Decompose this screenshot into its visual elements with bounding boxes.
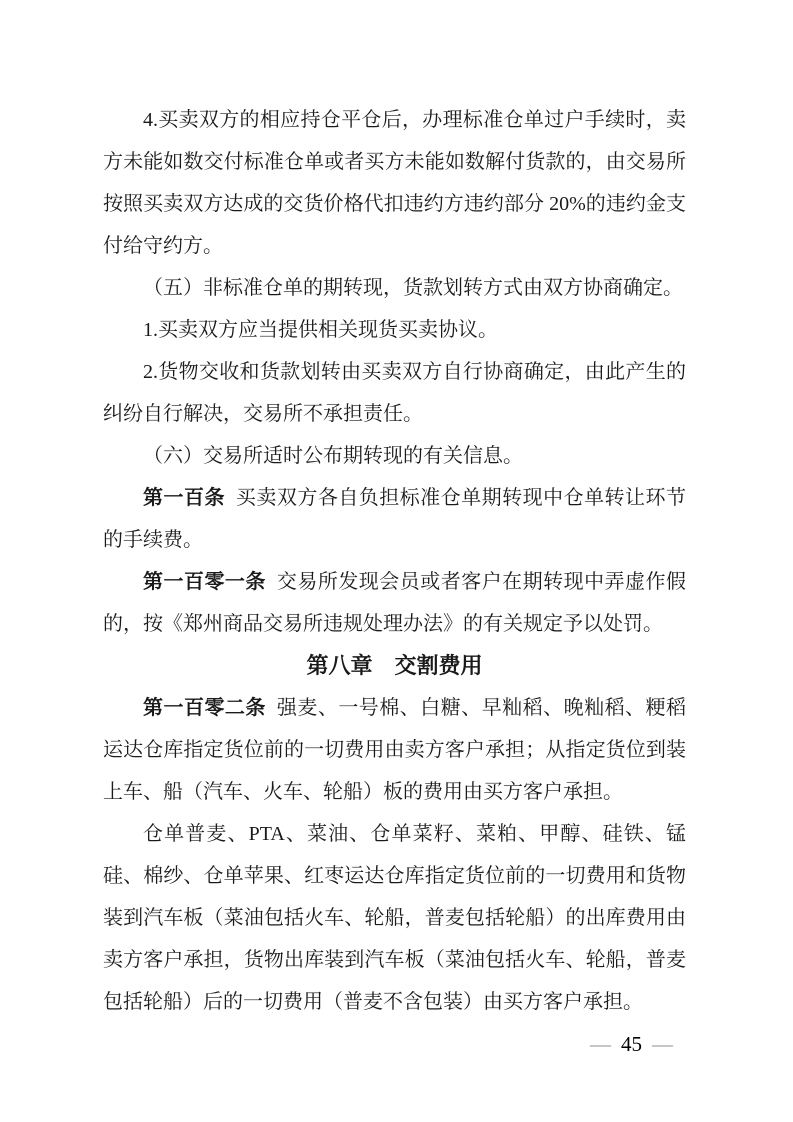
footer-right-dash: — [652, 1032, 673, 1056]
paragraph: 第一百条买卖双方各自负担标准仓单期转现中仓单转让环节的手续费。 [103, 477, 686, 561]
paragraph: （五）非标准仓单的期转现，货款划转方式由双方协商确定。 [103, 267, 686, 309]
article-number: 第一百条 [143, 487, 225, 509]
paragraph: 第一百零二条强麦、一号棉、白糖、早籼稻、晚籼稻、粳稻运达仓库指定货位前的一切费用… [103, 687, 686, 813]
paragraph: 第一百零一条交易所发现会员或者客户在期转现中弄虚作假的，按《郑州商品交易所违规处… [103, 561, 686, 645]
page-footer: —45— [590, 1030, 673, 1058]
paragraph: 1.买卖双方应当提供相关现货买卖协议。 [103, 309, 686, 351]
footer-left-dash: — [590, 1032, 611, 1056]
chapter-heading: 第八章 交割费用 [103, 645, 686, 687]
paragraph: 4.买卖双方的相应持仓平仓后，办理标准仓单过户手续时，卖方未能如数交付标准仓单或… [103, 99, 686, 267]
paragraph: （六）交易所适时公布期转现的有关信息。 [103, 435, 686, 477]
article-number: 第一百零一条 [143, 571, 266, 593]
document-body: 4.买卖双方的相应持仓平仓后，办理标准仓单过户手续时，卖方未能如数交付标准仓单或… [103, 99, 686, 1023]
paragraph: 2.货物交收和货款划转由买卖双方自行协商确定，由此产生的纠纷自行解决，交易所不承… [103, 351, 686, 435]
page-number: 45 [611, 1032, 652, 1056]
document-page: 4.买卖双方的相应持仓平仓后，办理标准仓单过户手续时，卖方未能如数交付标准仓单或… [0, 0, 793, 1122]
article-number: 第一百零二条 [143, 697, 266, 719]
paragraph: 仓单普麦、PTA、菜油、仓单菜籽、菜粕、甲醇、硅铁、锰硅、棉纱、仓单苹果、红枣运… [103, 813, 686, 1023]
